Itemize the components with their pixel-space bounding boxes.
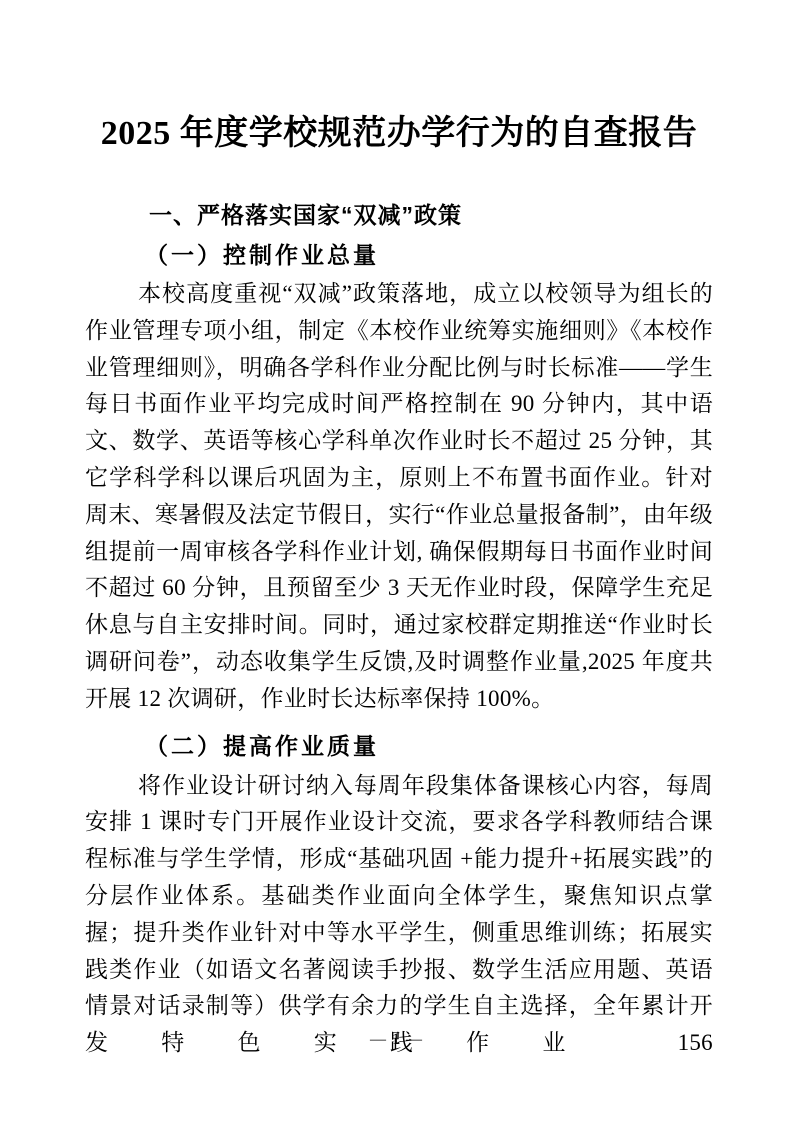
body-paragraph-1: 本校高度重视“双减”政策落地，成立以校领导为组长的作业管理专项小组，制定《本校作… [85, 276, 713, 718]
subsection-heading-1: （一）控制作业总量 [85, 237, 713, 274]
page-footer: — 1 — [0, 1030, 793, 1050]
document-content: 2025 年度学校规范办学行为的自查报告 一、严格落实国家“双减”政策 （一）控… [0, 113, 793, 1062]
section-heading-1: 一、严格落实国家“双减”政策 [85, 197, 713, 234]
document-title: 2025 年度学校规范办学行为的自查报告 [85, 113, 713, 155]
page-number: — 1 — [370, 1031, 423, 1048]
subsection-heading-2: （二）提高作业质量 [85, 728, 713, 765]
document-page: 2025 年度学校规范办学行为的自查报告 一、严格落实国家“双减”政策 （一）控… [0, 0, 793, 1122]
body-paragraph-2: 将作业设计研讨纳入每周年段集体备课核心内容，每周安排 1 课时专门开展作业设计交… [85, 768, 713, 1062]
